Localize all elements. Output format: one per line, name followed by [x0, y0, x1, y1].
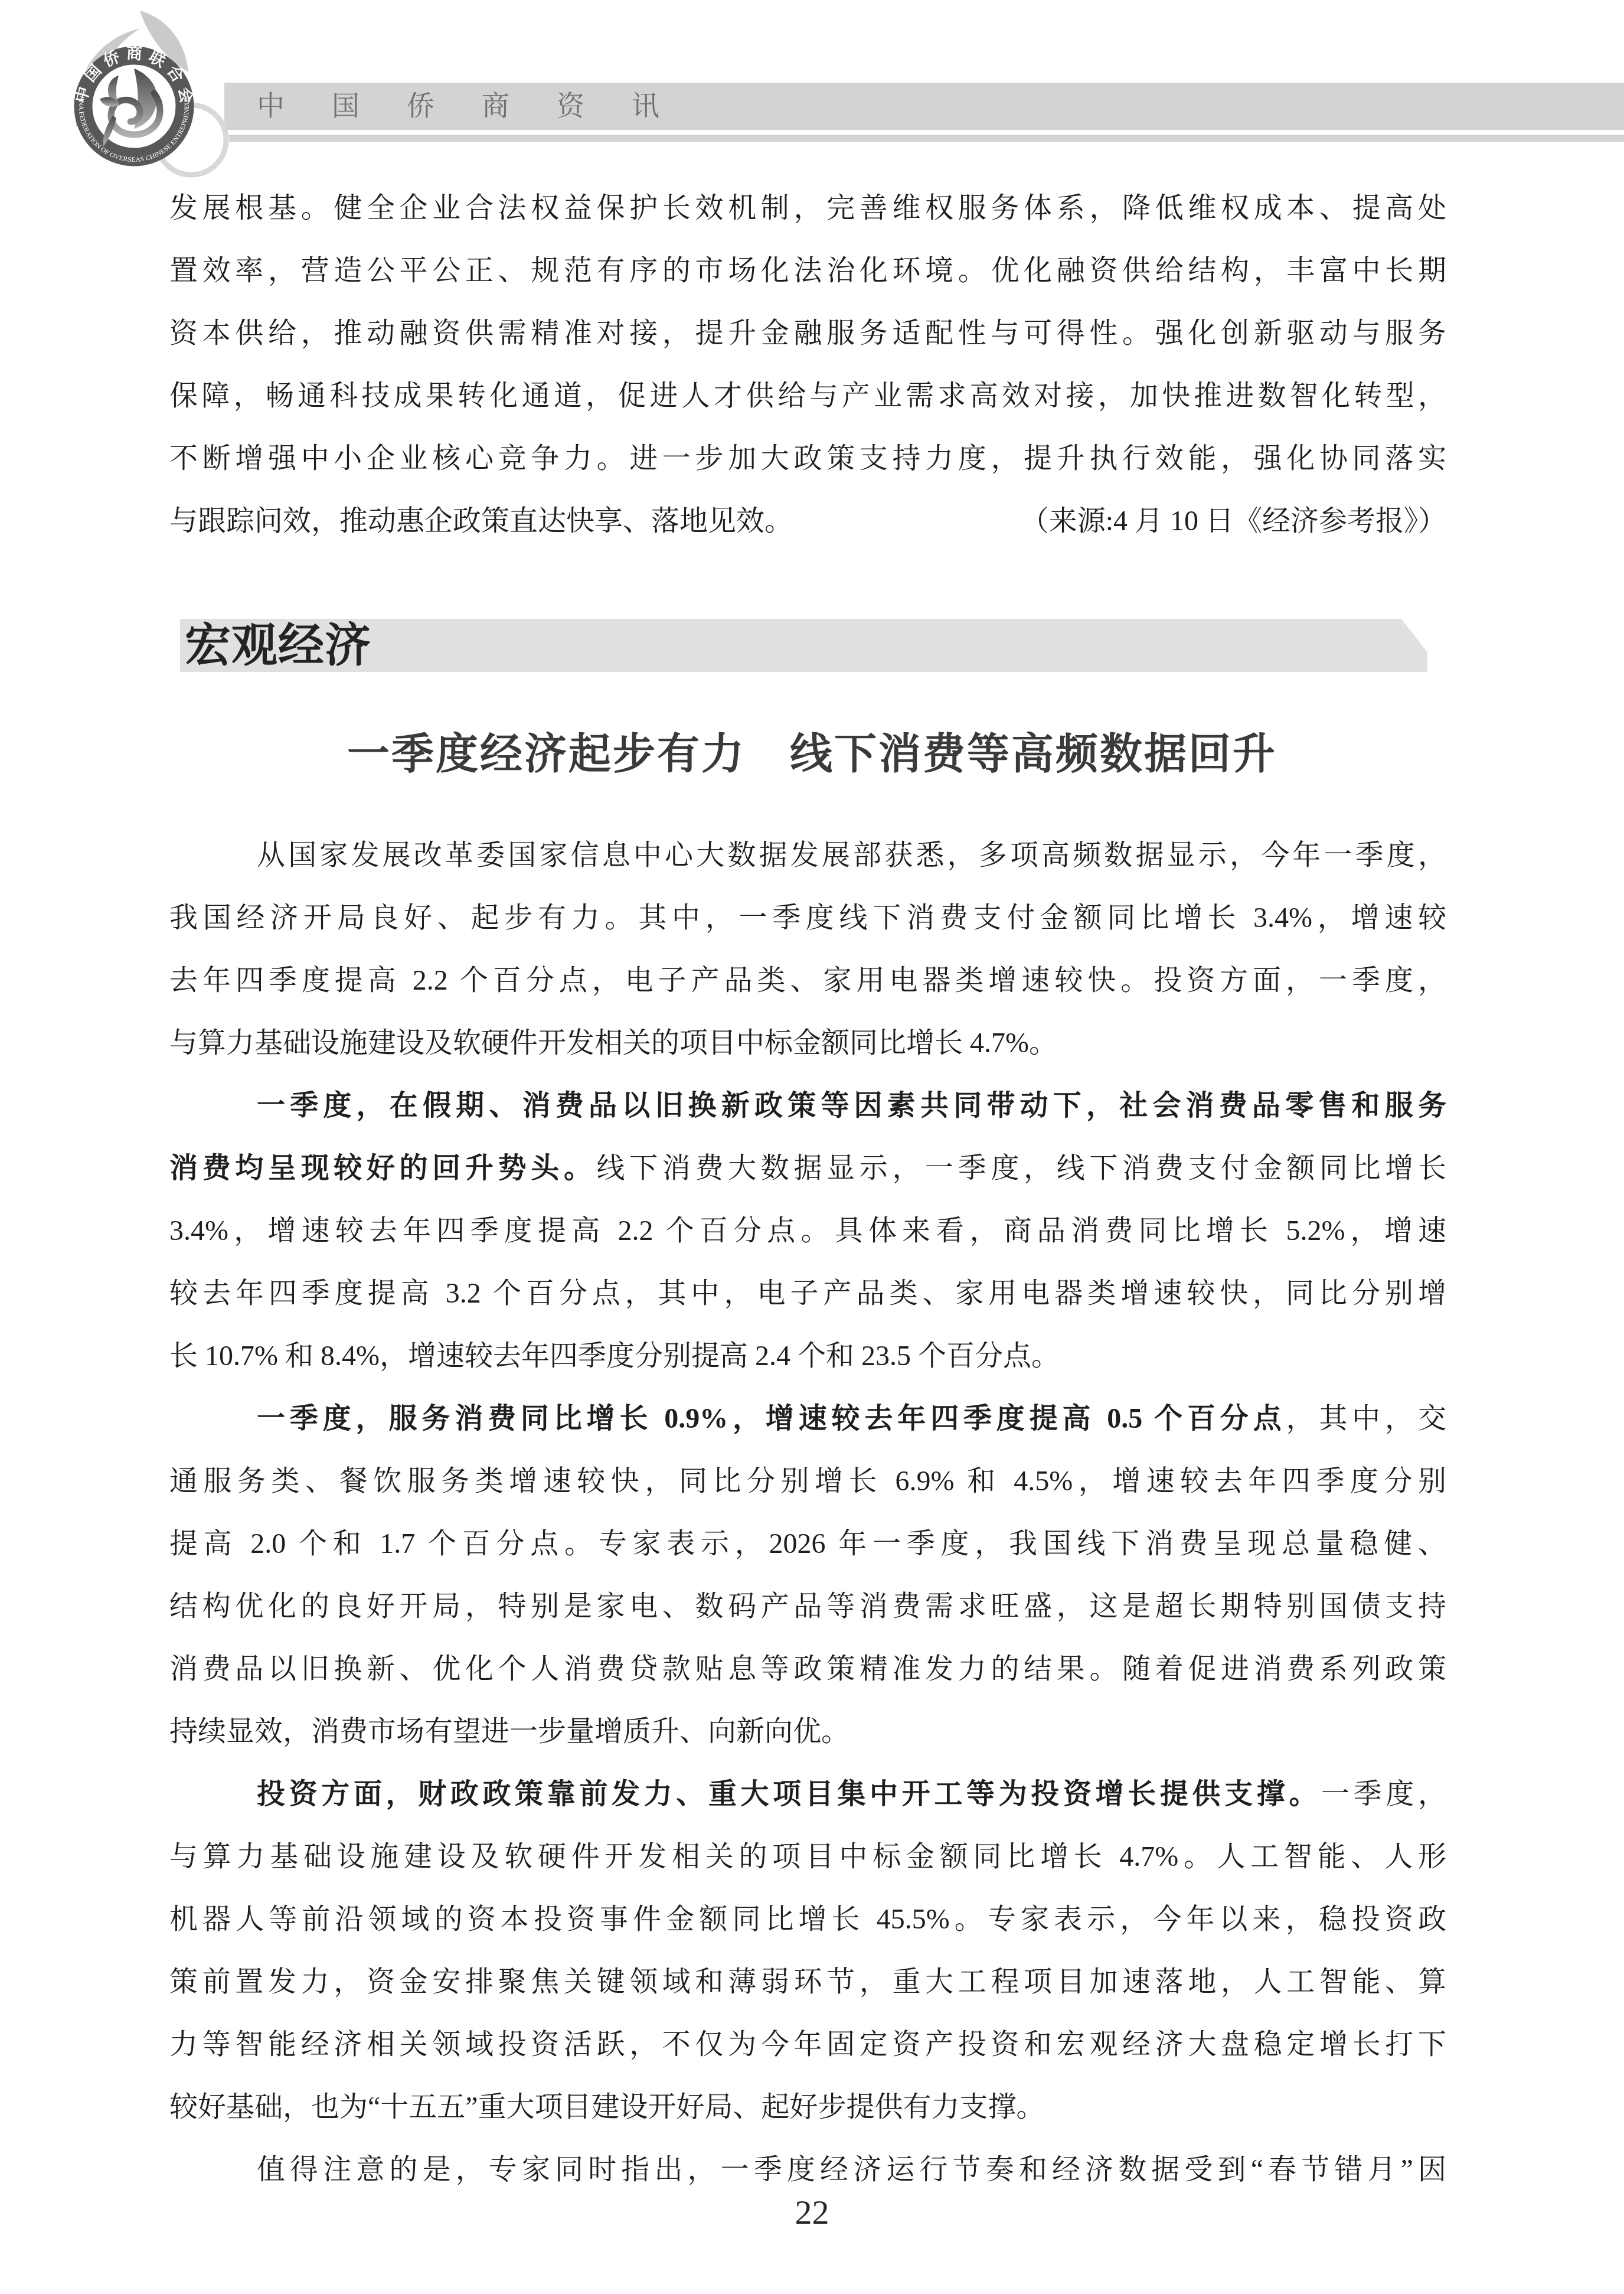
text-run: 机器人等前沿领域的资本投资事件金额同比增长 45.5%。专家表示，今年以来，稳投… — [169, 1904, 1446, 1935]
bold-run: 一季度，在假期、消费品以旧换新政策等因素共同带动下，社会消费品零售和服务 — [257, 1090, 1446, 1121]
text-line: 持续显效，消费市场有望进一步量增质升、向新向优。 — [169, 1701, 1446, 1763]
text-line: 机器人等前沿领域的资本投资事件金额同比增长 45.5%。专家表示，今年以来，稳投… — [169, 1888, 1446, 1951]
text-line: 与跟踪问效，推动惠企政策直达快享、落地见效。（来源:4 月 10 日《经济参考报… — [169, 490, 1446, 553]
text-line: 一季度，在假期、消费品以旧换新政策等因素共同带动下，社会消费品零售和服务 — [169, 1075, 1446, 1137]
text-run: 不断增强中小企业核心竞争力。进一步加大政策支持力度，提升执行效能，强化协同落实 — [169, 443, 1446, 474]
text-line: 通服务类、餐饮服务类增速较快，同比分别增长 6.9% 和 4.5%，增速较去年四… — [169, 1450, 1446, 1513]
text-line: 保障，畅通科技成果转化通道，促进人才供给与产业需求高效对接，加快推进数智化转型， — [169, 365, 1446, 428]
text-run: 策前置发力，资金安排聚焦关键领域和薄弱环节，重大工程项目加速落地，人工智能、算 — [169, 1966, 1446, 1998]
text-run: 较去年四季度提高 3.2 个百分点，其中，电子产品类、家用电器类增速较快，同比分… — [169, 1278, 1446, 1309]
logo: 中国侨商联合会 CHINA FEDERATION OF OVERSEAS CHI… — [50, 5, 257, 203]
text-line: 提高 2.0 个和 1.7 个百分点。专家表示，2026 年一季度，我国线下消费… — [169, 1513, 1446, 1575]
banner-title: 中国侨商资讯 — [224, 83, 1624, 130]
text-run: 结构优化的良好开局，特别是家电、数码产品等消费需求旺盛，这是超长期特别国债支持 — [169, 1591, 1446, 1622]
text-line: 资本供给，推动融资供需精准对接，提升金融服务适配性与可得性。强化创新驱动与服务 — [169, 302, 1446, 365]
text-run: 值得注意的是，专家同时指出，一季度经济运行节奏和经济数据受到“春节错月”因 — [257, 2154, 1446, 2185]
text-run: 3.4%，增速较去年四季度提高 2.2 个百分点。具体来看，商品消费同比增长 5… — [169, 1215, 1446, 1246]
text-line: 结构优化的良好开局，特别是家电、数码产品等消费需求旺盛，这是超长期特别国债支持 — [169, 1575, 1446, 1638]
document-page: { "header": { "banner_title": "中国侨商资讯", … — [0, 0, 1624, 2294]
text-line: 长 10.7% 和 8.4%，增速较去年四季度分别提高 2.4 个和 23.5 … — [169, 1325, 1446, 1388]
text-line: 置效率，营造公平公正、规范有序的市场化法治化环境。优化融资供给结构，丰富中长期 — [169, 240, 1446, 302]
text-line: 不断增强中小企业核心竞争力。进一步加大政策支持力度，提升执行效能，强化协同落实 — [169, 428, 1446, 490]
text-run: 置效率，营造公平公正、规范有序的市场化法治化环境。优化融资供给结构，丰富中长期 — [169, 255, 1446, 286]
text-run: 发展根基。健全企业合法权益保护长效机制，完善维权服务体系，降低维权成本、提高处 — [169, 192, 1446, 224]
text-line: 一季度，服务消费同比增长 0.9%，增速较去年四季度提高 0.5 个百分点，其中… — [169, 1388, 1446, 1450]
text-run: 提高 2.0 个和 1.7 个百分点。专家表示，2026 年一季度，我国线下消费… — [169, 1528, 1446, 1559]
header-banner: 中国侨商资讯 — [224, 83, 1624, 130]
text-line: 我国经济开局良好、起步有力。其中，一季度线下消费支付金额同比增长 3.4%，增速… — [169, 887, 1446, 949]
bold-run: 一季度，服务消费同比增长 0.9%，增速较去年四季度提高 0.5 个百分点 — [257, 1403, 1286, 1434]
source-note: （来源:4 月 10 日《经济参考报》） — [1021, 490, 1446, 553]
text-run: 通服务类、餐饮服务类增速较快，同比分别增长 6.9% 和 4.5%，增速较去年四… — [169, 1466, 1446, 1497]
header-divider-line — [229, 135, 1624, 142]
text-run: 持续显效，消费市场有望进一步量增质升、向新向优。 — [169, 1716, 849, 1747]
text-run: 较好基础，也为“十五五”重大项目建设开好局、起好步提供有力支撑。 — [169, 2091, 1045, 2123]
text-run: 力等智能经济相关领域投资活跃，不仅为今年固定资产投资和宏观经济大盘稳定增长打下 — [169, 2029, 1446, 2060]
text-run: ，其中，交 — [1286, 1403, 1446, 1434]
article-body: 从国家发展改革委国家信息中心大数据发展部获悉，多项高频数据显示，今年一季度，我国… — [169, 824, 1446, 2201]
text-run: 去年四季度提高 2.2 个百分点，电子产品类、家用电器类增速较快。投资方面，一季… — [169, 965, 1446, 996]
text-run: 与跟踪问效，推动惠企政策直达快享、落地见效。 — [169, 505, 793, 537]
text-run: 线下消费大数据显示，一季度，线下消费支付金额同比增长 — [597, 1153, 1446, 1184]
text-line: 力等智能经济相关领域投资活跃，不仅为今年固定资产投资和宏观经济大盘稳定增长打下 — [169, 2014, 1446, 2076]
text-run: 一季度， — [1321, 1779, 1446, 1810]
text-run: 消费品以旧换新、优化个人消费贷款贴息等政策精准发力的结果。随着促进消费系列政策 — [169, 1653, 1446, 1685]
bold-run: 消费均呈现较好的回升势头。 — [169, 1153, 597, 1184]
text-run: 资本供给，推动融资供需精准对接，提升金融服务适配性与可得性。强化创新驱动与服务 — [169, 318, 1446, 349]
text-line: 消费均呈现较好的回升势头。线下消费大数据显示，一季度，线下消费支付金额同比增长 — [169, 1137, 1446, 1200]
text-run: 我国经济开局良好、起步有力。其中，一季度线下消费支付金额同比增长 3.4%，增速… — [169, 902, 1446, 934]
section-bar: 宏观经济 — [180, 619, 1427, 672]
section-title: 宏观经济 — [180, 619, 1427, 673]
text-run: 长 10.7% 和 8.4%，增速较去年四季度分别提高 2.4 个和 23.5 … — [169, 1340, 1060, 1372]
text-run: 保障，畅通科技成果转化通道，促进人才供给与产业需求高效对接，加快推进数智化转型， — [169, 380, 1446, 412]
text-line: 去年四季度提高 2.2 个百分点，电子产品类、家用电器类增速较快。投资方面，一季… — [169, 949, 1446, 1012]
text-line: 与算力基础设施建设及软硬件开发相关的项目中标金额同比增长 4.7%。人工智能、人… — [169, 1826, 1446, 1888]
text-line: 投资方面，财政政策靠前发力、重大项目集中开工等为投资增长提供支撑。一季度， — [169, 1763, 1446, 1826]
text-line: 从国家发展改革委国家信息中心大数据发展部获悉，多项高频数据显示，今年一季度， — [169, 824, 1446, 887]
text-line: 与算力基础设施建设及软硬件开发相关的项目中标金额同比增长 4.7%。 — [169, 1012, 1446, 1075]
text-run: 与算力基础设施建设及软硬件开发相关的项目中标金额同比增长 4.7%。 — [169, 1027, 1057, 1059]
text-run: 与算力基础设施建设及软硬件开发相关的项目中标金额同比增长 4.7%。人工智能、人… — [169, 1841, 1446, 1872]
article-title: 一季度经济起步有力 线下消费等高频数据回升 — [0, 727, 1624, 781]
text-line: 策前置发力，资金安排聚焦关键领域和薄弱环节，重大工程项目加速落地，人工智能、算 — [169, 1951, 1446, 2014]
text-line: 发展根基。健全企业合法权益保护长效机制，完善维权服务体系，降低维权成本、提高处 — [169, 177, 1446, 240]
text-line: 消费品以旧换新、优化个人消费贷款贴息等政策精准发力的结果。随着促进消费系列政策 — [169, 1638, 1446, 1701]
page-number: 22 — [0, 2192, 1624, 2233]
text-line: 3.4%，增速较去年四季度提高 2.2 个百分点。具体来看，商品消费同比增长 5… — [169, 1200, 1446, 1262]
text-run: 与跟踪问效，推动惠企政策直达快享、落地见效。 — [169, 490, 793, 553]
text-run: 从国家发展改革委国家信息中心大数据发展部获悉，多项高频数据显示，今年一季度， — [257, 840, 1446, 871]
bold-run: 投资方面，财政政策靠前发力、重大项目集中开工等为投资增长提供支撑。 — [257, 1779, 1321, 1810]
text-line: 较去年四季度提高 3.2 个百分点，其中，电子产品类、家用电器类增速较快，同比分… — [169, 1262, 1446, 1325]
text-line: 较好基础，也为“十五五”重大项目建设开好局、起好步提供有力支撑。 — [169, 2076, 1446, 2139]
continuation-paragraph: 发展根基。健全企业合法权益保护长效机制，完善维权服务体系，降低维权成本、提高处置… — [169, 177, 1446, 553]
